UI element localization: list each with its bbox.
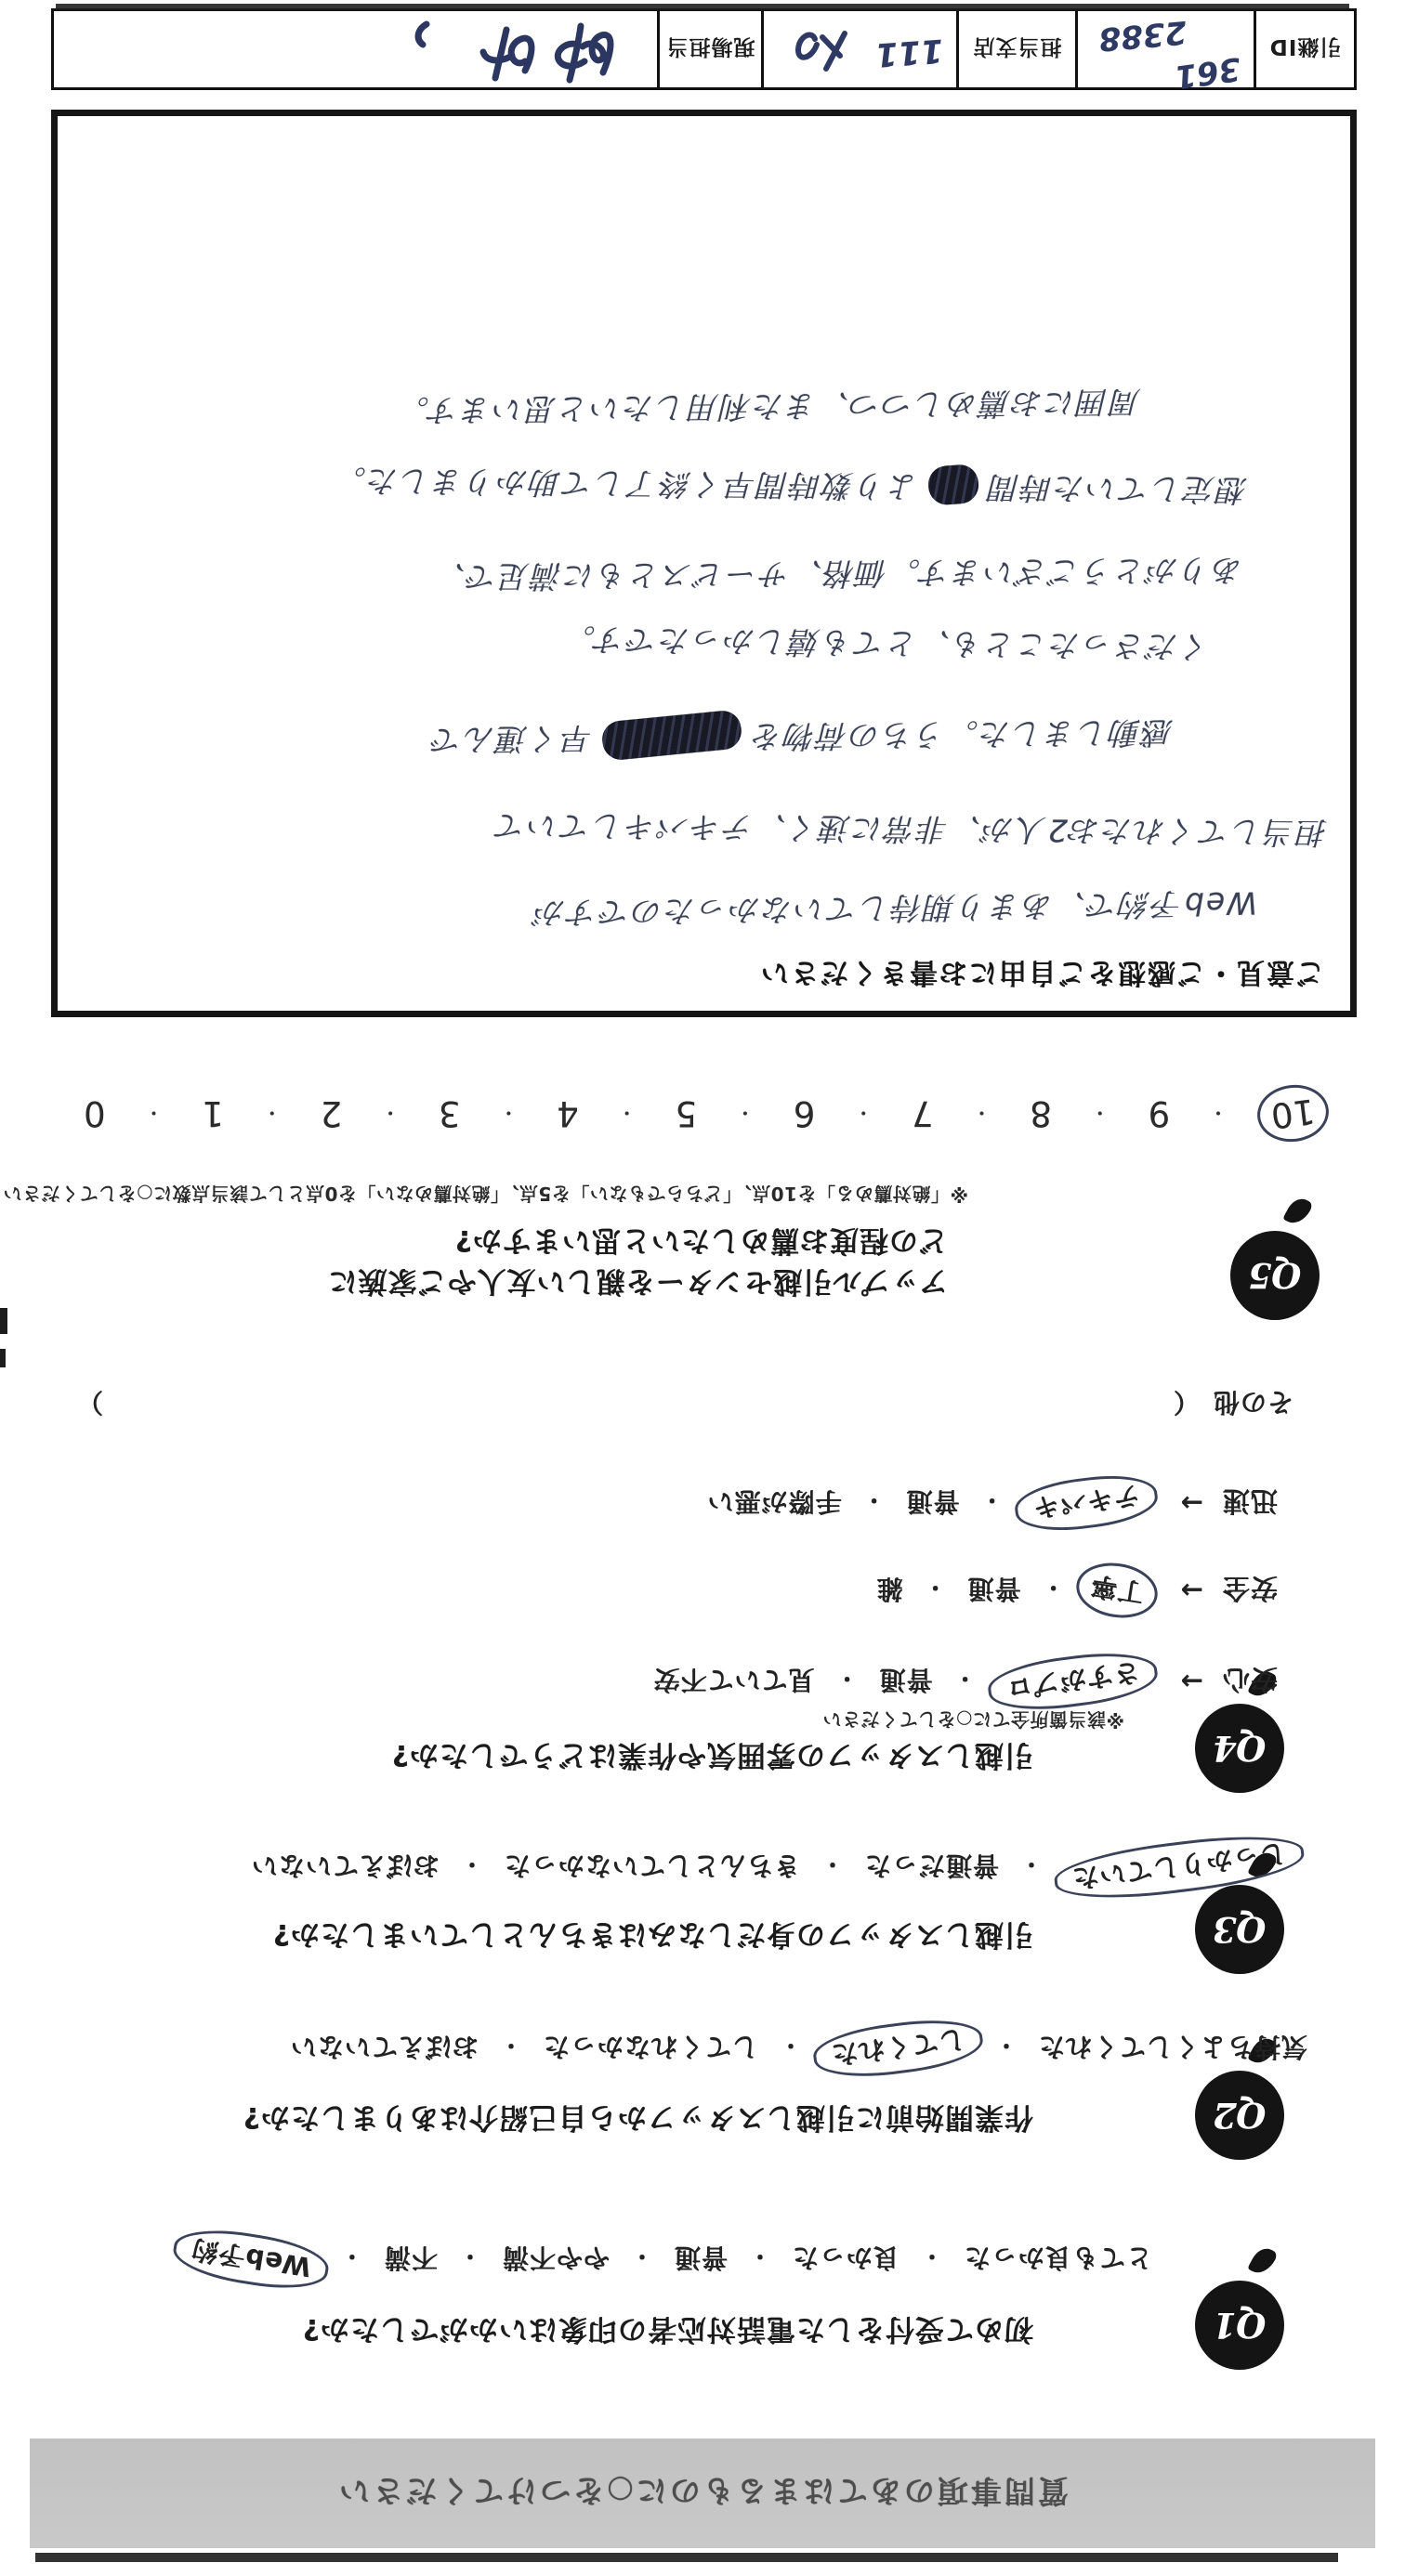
scanned-questionnaire-page: { "page": { "instruction_bar": "質問事項のあては… xyxy=(0,0,1405,2576)
q3-option: きちんとしていなかった xyxy=(504,1849,800,1886)
handwritten-line: 感動しました。うちの荷物を早く運んで xyxy=(430,711,1174,764)
recommendation-scale: 10 ・ 9 ・ 8 ・ 7 ・ 6 ・ 5 ・ 4 ・ 3 ・ 2 ・ 1 ・… xyxy=(84,1089,1320,1138)
q4-option: 雑 xyxy=(876,1572,903,1609)
option-separator: ・ xyxy=(953,1666,977,1698)
q3-options: しっかりしていた ・ 普通だった ・ きちんとしていなかった ・ おぼえていない xyxy=(251,1846,1295,1889)
scale-value: 9 xyxy=(1149,1093,1171,1133)
q4-option: 見ていて不安 xyxy=(653,1663,815,1700)
id-label-cell: 引継ID xyxy=(1254,11,1354,87)
q4-row2-selected-circled: 丁寧 xyxy=(1072,1557,1162,1623)
signature-scribble xyxy=(356,4,635,93)
staff-signature-cell xyxy=(54,11,657,87)
scale-value: 8 xyxy=(1030,1093,1052,1133)
handwritten-text: 早く運んで xyxy=(430,720,593,758)
option-separator: ・ xyxy=(1019,1851,1043,1884)
scale-value: 4 xyxy=(557,1093,579,1133)
q1-option: 良かった xyxy=(792,2241,899,2278)
option-separator: ・ xyxy=(499,2033,522,2065)
q2-badge: Q2 xyxy=(1195,2071,1284,2160)
handwritten-line: 想定していた時間より数時間早く終了して助かりました。 xyxy=(334,459,1248,514)
handover-info-table: 引継ID 361 2388 担当支店 111 現場担当 xyxy=(51,8,1357,90)
handwritten-id-top: 361 xyxy=(1173,49,1243,95)
option-separator: ・ xyxy=(862,1487,886,1520)
q1-title: 初めて受付をした電話対応者の印象はいかがでしたか? xyxy=(302,2311,1033,2353)
scan-edge-mark xyxy=(0,1349,6,1367)
option-separator: ・ xyxy=(994,2033,1018,2065)
paren-close: ） xyxy=(76,1385,103,1422)
scale-value: 2 xyxy=(321,1093,343,1133)
id-label: 引継ID xyxy=(1269,34,1342,65)
q4-badge-label: Q4 xyxy=(1213,1728,1267,1769)
scale-separator: ・ xyxy=(144,1099,164,1128)
option-separator: ・ xyxy=(920,2243,943,2276)
q2-option: 気持ちよくしてくれた xyxy=(1038,2030,1307,2067)
ink-scribble-blot xyxy=(600,710,742,762)
q5-badge: Q5 xyxy=(1230,1231,1320,1320)
option-separator: ・ xyxy=(779,2033,802,2065)
q1-option: 普通 xyxy=(674,2241,728,2278)
q4-row3-selected-circled: テキパキ xyxy=(1012,1470,1160,1536)
q4-badge: Q4 xyxy=(1195,1704,1284,1793)
q5-title-line1: アップル引越センターを親しい友人やご家族に xyxy=(328,1263,948,1305)
q1-badge-tail-icon xyxy=(1247,2244,1279,2279)
q5-badge-tail-icon xyxy=(1282,1195,1314,1229)
handwritten-text: 感動しました。うちの荷物を xyxy=(751,714,1174,755)
ink-scribble-blot-small xyxy=(926,464,979,506)
handwritten-line: 周囲にお薦めしつつ、また利用したいと思います。 xyxy=(397,382,1142,435)
q3-title: 引越しスタッフの身だしなみはきちんとしていましたか? xyxy=(272,1916,1033,1958)
scan-edge-top xyxy=(56,4,1349,10)
q4-option: 手際が悪い xyxy=(707,1484,842,1522)
option-separator: ・ xyxy=(458,2243,481,2276)
handwritten-id-bottom: 2388 xyxy=(1097,13,1188,58)
option-separator: ・ xyxy=(1042,1575,1065,1607)
staff-label-cell: 現場担当 xyxy=(657,11,761,87)
scale-separator: ・ xyxy=(1208,1099,1228,1128)
scale-separator: ・ xyxy=(735,1099,755,1128)
scale-selected-10-circled: 10 xyxy=(1254,1081,1332,1146)
option-separator: ・ xyxy=(980,1487,1004,1520)
arrow-icon: → xyxy=(1180,1666,1203,1697)
q2-selected-option-circled: してくれた xyxy=(810,2013,985,2084)
handwritten-text: より数時間早く終了して助かりました。 xyxy=(334,463,919,505)
option-separator: ・ xyxy=(460,1851,483,1884)
q4-row-label: 安全 xyxy=(1222,1572,1278,1610)
q4-row1-selected-circled: さすがプロ xyxy=(985,1646,1160,1717)
handwritten-branch-number: 111 xyxy=(874,32,945,73)
arrow-icon: → xyxy=(1180,1575,1203,1606)
q3-badge-label: Q3 xyxy=(1213,1909,1267,1950)
scale-separator: ・ xyxy=(380,1099,400,1128)
scan-edge-bottom xyxy=(35,2553,1338,2562)
q1-option: やや不満 xyxy=(502,2241,610,2278)
branch-value-cell: 111 xyxy=(761,11,956,87)
scale-value: 6 xyxy=(794,1093,816,1133)
scale-separator: ・ xyxy=(617,1099,637,1128)
questionnaire-sheet: 質問事項のあてはまるものに○をつけてください Q1 初めて受付をした電話対応者の… xyxy=(0,0,1405,2576)
q1-option: とても良かった xyxy=(964,2241,1152,2278)
branch-label: 担当支店 xyxy=(973,34,1062,65)
q3-option: 普通だった xyxy=(864,1849,999,1886)
option-separator: ・ xyxy=(340,2243,363,2276)
q1-badge: Q1 xyxy=(1195,2281,1284,2370)
handwritten-branch-kanji-scribble xyxy=(791,19,856,80)
q4-row-label: 迅速 xyxy=(1222,1484,1278,1523)
q4-title: 引越しスタッフの雰囲気や作業はどうでしたか? xyxy=(391,1737,1033,1779)
instruction-text: 質問事項のあてはまるものに○をつけてください xyxy=(336,2472,1069,2516)
q4-other-row: その他 （ ） xyxy=(76,1385,1293,1422)
q1-option: 不満 xyxy=(384,2241,438,2278)
q2-option: してくれなかった xyxy=(543,2030,758,2067)
branch-label-cell: 担当支店 xyxy=(956,11,1075,87)
q4-option: 普通 xyxy=(879,1663,933,1700)
q2-title: 作業開始前に引越しスタッフから自己紹介はありましたか? xyxy=(243,2099,1033,2141)
handwritten-line: 担当してくれたお2人が、非常に速く、テキパキしていて xyxy=(493,805,1328,856)
comment-box-heading: ご意見・ご感想をご自由にお書きください xyxy=(759,955,1324,996)
scale-separator: ・ xyxy=(853,1099,873,1128)
q5-badge-label: Q5 xyxy=(1248,1255,1302,1296)
handwritten-text: 想定していた時間 xyxy=(988,469,1248,508)
q4-row-anshin: 安心 → さすがプロ ・ 普通 ・ 見ていて不安 xyxy=(653,1660,1278,1703)
scale-value: 1 xyxy=(202,1093,224,1133)
scan-edge-mark xyxy=(0,1308,7,1334)
option-separator: ・ xyxy=(630,2243,653,2276)
q1-selected-option-circled: Web予約 xyxy=(170,2222,332,2296)
option-separator: ・ xyxy=(821,1851,844,1884)
q1-options: とても良かった ・ 良かった ・ 普通 ・ やや不満 ・ 不満 ・ Web予約 xyxy=(182,2238,1152,2281)
q5-title-line2: どの程度お薦めしたいと思いますか? xyxy=(454,1223,948,1264)
handwritten-line: Web予約で、あまり期待していなかったのですが xyxy=(532,883,1257,937)
q5-note: ※「絶対薦める」を10点、「どちらでもない」を5点、「絶対薦めない」を0点として… xyxy=(3,1182,968,1209)
scale-value: 5 xyxy=(676,1093,698,1133)
scale-separator: ・ xyxy=(262,1099,282,1128)
q4-option: 普通 xyxy=(967,1572,1021,1609)
q1-badge-label: Q1 xyxy=(1213,2305,1267,2346)
handwritten-line: ありがとうございます。価格、サービスともに満足で、 xyxy=(433,550,1243,601)
q3-option: おぼえていない xyxy=(251,1849,440,1886)
scale-value: 3 xyxy=(439,1093,461,1133)
handwritten-line: くださったことも、とても嬉しかったです。 xyxy=(562,620,1211,672)
q4-row-label: 安心 xyxy=(1222,1663,1278,1701)
id-value-cell: 361 2388 xyxy=(1075,11,1254,87)
scale-separator: ・ xyxy=(971,1099,991,1128)
option-separator: ・ xyxy=(924,1575,947,1607)
staff-label: 現場担当 xyxy=(666,34,755,65)
q4-row-anzen: 安全 → 丁寧 ・ 普通 ・ 雑 xyxy=(876,1567,1278,1614)
arrow-icon: → xyxy=(1180,1487,1203,1519)
q4-note: ※該当箇所全てに○をしてください xyxy=(822,1707,1124,1734)
q4-option: 普通 xyxy=(906,1484,960,1522)
q2-option: おぼえていない xyxy=(290,2030,479,2067)
comment-box: ご意見・ご感想をご自由にお書きください Web予約で、あまり期待していなかったの… xyxy=(51,110,1357,1017)
scale-separator: ・ xyxy=(1090,1099,1110,1128)
q2-badge-label: Q2 xyxy=(1213,2095,1267,2136)
option-separator: ・ xyxy=(835,1666,859,1698)
paren-open: （ xyxy=(1173,1385,1200,1422)
q4-other-label: その他 xyxy=(1213,1385,1293,1422)
option-separator: ・ xyxy=(748,2243,771,2276)
q2-options: 気持ちよくしてくれた ・ してくれた ・ してくれなかった ・ おぼえていない xyxy=(290,2027,1307,2070)
scale-value: 7 xyxy=(912,1093,934,1133)
scale-separator: ・ xyxy=(498,1099,519,1128)
instruction-bar: 質問事項のあてはまるものに○をつけてください xyxy=(30,2439,1375,2548)
q3-badge: Q3 xyxy=(1195,1885,1284,1974)
q4-row-jinsoku: 迅速 → テキパキ ・ 普通 ・ 手際が悪い xyxy=(707,1482,1278,1524)
scale-value: 0 xyxy=(84,1093,106,1133)
